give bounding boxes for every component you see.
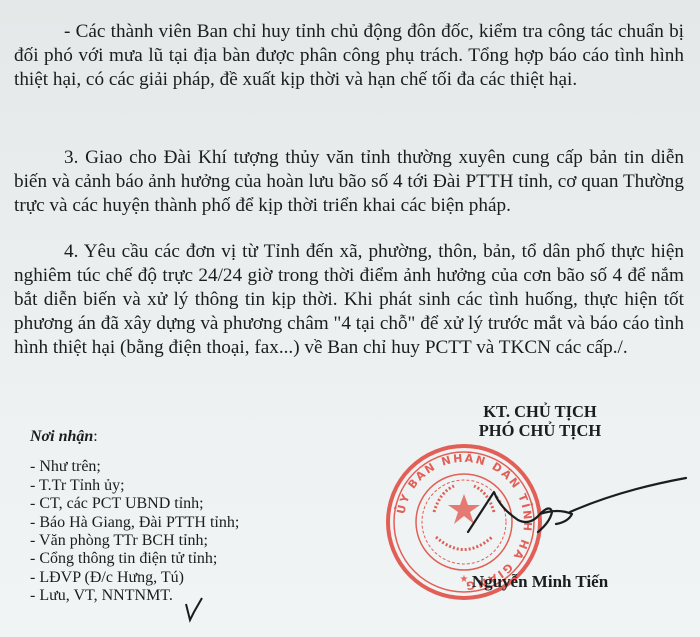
handwritten-signature-icon bbox=[460, 460, 700, 560]
signer-name: Nguyễn Minh Tiến bbox=[380, 572, 700, 592]
recipient-item: - Cổng thông tin điện tử tỉnh; bbox=[30, 550, 330, 568]
recipient-item: - Văn phòng TTr BCH tỉnh; bbox=[30, 532, 330, 550]
paragraph-members-duty: - Các thành viên Ban chỉ huy tỉnh chủ độ… bbox=[14, 20, 684, 92]
recipient-item: - CT, các PCT UBND tỉnh; bbox=[30, 495, 330, 513]
paragraph-item-3: 3. Giao cho Đài Khí tượng thủy văn tỉnh … bbox=[14, 146, 684, 218]
recipients-label: Nơi nhận: bbox=[30, 428, 330, 446]
paragraph-item-4: 4. Yêu cầu các đơn vị từ Tỉnh đến xã, ph… bbox=[14, 240, 684, 360]
paragraph-text: - Các thành viên Ban chỉ huy tỉnh chủ độ… bbox=[14, 21, 684, 90]
recipients-list: - Như trên; - T.Tr Tỉnh ủy; - CT, các PC… bbox=[30, 458, 330, 605]
recipient-item: - Như trên; bbox=[30, 458, 330, 476]
recipient-item: - Báo Hà Giang, Đài PTTH tỉnh; bbox=[30, 514, 330, 532]
document-page: - Các thành viên Ban chỉ huy tỉnh chủ độ… bbox=[0, 0, 700, 637]
signature-title-line1: KT. CHỦ TỊCH bbox=[380, 402, 700, 421]
recipient-item: - LĐVP (Đ/c Hưng, Tú) bbox=[30, 569, 330, 587]
signature-block: KT. CHỦ TỊCH PHÓ CHỦ TỊCH bbox=[380, 402, 700, 440]
signature-title-line2: PHÓ CHỦ TỊCH bbox=[380, 421, 700, 440]
paragraph-text: 4. Yêu cầu các đơn vị từ Tỉnh đến xã, ph… bbox=[14, 241, 684, 358]
paragraph-text: 3. Giao cho Đài Khí tượng thủy văn tỉnh … bbox=[14, 147, 684, 216]
initial-mark-icon bbox=[180, 594, 210, 624]
recipient-item: - T.Tr Tỉnh ủy; bbox=[30, 477, 330, 495]
recipients-block: Nơi nhận: - Như trên; - T.Tr Tỉnh ủy; - … bbox=[30, 428, 330, 606]
